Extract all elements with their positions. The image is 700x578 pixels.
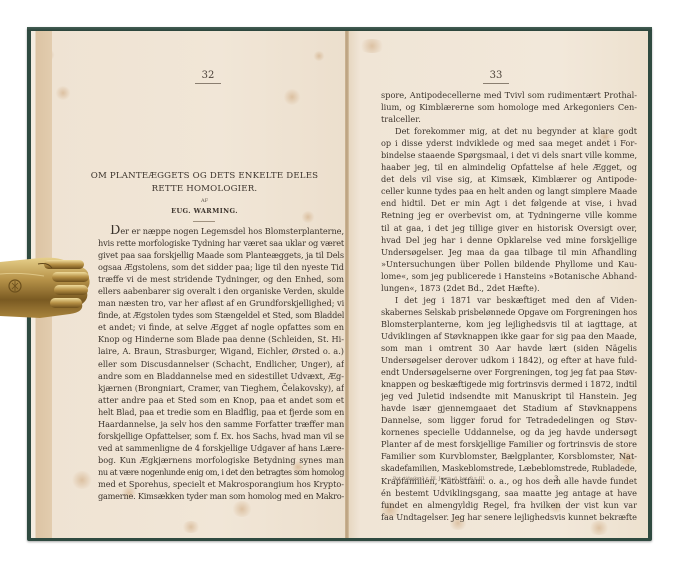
text-line: andre som en Bladdannelse med en sidesti… xyxy=(98,370,344,382)
text-line: med et Sporehus, specielt et Makrosporan… xyxy=(98,478,344,490)
text-line: eller som Discusdannelser (Schacht, Endl… xyxy=(98,358,344,370)
page-number-rule xyxy=(195,83,221,84)
text-line: havde især gjennemgaaet det Stadium af S… xyxy=(381,402,637,414)
text-line: Planter af de mest forskjellige Familier… xyxy=(381,438,637,450)
text-line: ved at sammenligne de 4 forskjellige Udg… xyxy=(98,442,344,454)
brass-hand-page-holder-icon xyxy=(0,252,92,322)
text-line: celler kunne tydes paa en helt anden og … xyxy=(381,185,637,197)
text-line: Retning jeg er overbevist om, at Tydning… xyxy=(381,209,637,221)
text-line: lungen«, 1873 (2det Bd., 2det Hæfte). xyxy=(381,282,637,294)
text-line: helt Blad, paa et tredie som en Bladflig… xyxy=(98,406,344,418)
left-page-body: Der er næppe nogen Legemsdel hos Blomste… xyxy=(98,225,344,502)
text-line: »Untersuchungen über Pollen bildende Phy… xyxy=(381,258,637,270)
text-line: nu at være nogenlunde enig om, i det den… xyxy=(98,466,344,478)
sheet-number: 3 xyxy=(554,475,558,483)
right-page-number: 33 xyxy=(476,70,516,81)
text-line: til at gaa, i det jeg tillige giver en h… xyxy=(381,222,637,234)
text-line: end hidtil. Det er min Agt i det følgend… xyxy=(381,197,637,209)
text-line: én bestemt Udviklingsgang, saa maatte je… xyxy=(381,487,637,499)
text-line: man næsten tro, var her afløst af en Gru… xyxy=(98,297,344,309)
text-line: fundet en almengyldig Regel, fra hvilken… xyxy=(381,499,637,511)
text-line: lome«, som jeg publicerede i Hansteins »… xyxy=(381,270,637,282)
drop-cap: D xyxy=(110,225,120,237)
book-gutter xyxy=(345,31,349,538)
text-line: Der er næppe nogen Legemsdel hos Blomste… xyxy=(98,225,344,237)
article-author: EUG. WARMING. xyxy=(62,207,347,215)
text-line: spore, Antipodecellerne med Tvivl som ru… xyxy=(381,89,637,101)
text-line: som man i omtrent 30 Aar havde lært (sid… xyxy=(381,342,637,354)
text-line: træffe vi de mest stridende Tydninger, o… xyxy=(98,273,344,285)
text-line: Knop og Hinderne som Blade paa denne (Sc… xyxy=(98,333,344,345)
text-line: bindelse staaende Spørgsmaal, i det vi d… xyxy=(381,149,637,161)
text-line: jeg ved Juletid indsendte mit Manuskript… xyxy=(381,390,637,402)
text-line: Familier som Kurvblomster, Bælgplanter, … xyxy=(381,450,637,462)
sheet-signature: Bot. tidsskr. 3 r. III. Journ. d. bot. 3… xyxy=(393,477,486,482)
text-line: kornenes specielle Uddannelse, og da jeg… xyxy=(381,426,637,438)
text-line: givet paa saa forskjellig Maade som Plan… xyxy=(98,249,344,261)
text-line: forskjellige Opfattelser, som f. Ex. hos… xyxy=(98,430,344,442)
text-line: knappen og beskæftigede mig fortrinsvis … xyxy=(381,378,637,390)
article-by: AF xyxy=(62,198,347,204)
article-title-line-2: RETTE HOMOLOGIER. xyxy=(62,183,347,196)
text-line: Undersøgelser. Jeg maa da gaa tilbage ti… xyxy=(381,246,637,258)
text-line: hvad Del jeg har i denne Opklarelse ved … xyxy=(381,234,637,246)
text-line: bog. Kun Ægkjærnens morfologiske Betydni… xyxy=(98,454,344,466)
text-line: Undersøgelser derover udkom i 1842), og … xyxy=(381,354,637,366)
text-line: hvis rette morfologiske Tydning har være… xyxy=(98,237,344,249)
text-line: faa Undtagelser. Jeg har senere lejlighe… xyxy=(381,511,637,523)
text-line: skabernes Selskab prisbelønnede Opgave o… xyxy=(381,306,637,318)
text-line: Udviklingen af Støvknappen ikke gaar for… xyxy=(381,330,637,342)
text-line: haaber jeg, til en almindelig Opfattelse… xyxy=(381,161,637,173)
text-line: Haardannelse, ja selv hos den samme Forf… xyxy=(98,418,344,430)
text-line: Blomsterplanterne, kom jeg lejlighedsvis… xyxy=(381,318,637,330)
left-page-number: 32 xyxy=(188,70,228,81)
text-line: finde, at Ægstolen tydes som Stængeldel … xyxy=(98,309,344,321)
text-line: kjærnen (Brongniart, Cramer, van Tieghem… xyxy=(98,382,344,394)
text-line: I det jeg i 1871 var beskæftiget med den… xyxy=(381,294,637,306)
text-line: tralceller. xyxy=(381,113,637,125)
text-line: ellers aabenbarer sig overalt i den orga… xyxy=(98,285,344,297)
text-line: laire, A. Braun, Strasburger, Wigand, Ei… xyxy=(98,345,344,357)
text-line: endt Undersøgelserne over Forgreningen, … xyxy=(381,366,637,378)
text-line: Dannelse, som ligger forud for Tetradede… xyxy=(381,414,637,426)
text-line: gamerne. Kimsækken tyder man som homolog… xyxy=(98,490,344,502)
right-page-body: spore, Antipodecellerne med Tvivl som ru… xyxy=(381,89,637,523)
text-line: Det forekommer mig, at det nu begynder a… xyxy=(381,125,637,137)
text-line: ogsaa Ægstolens, som det sidder paa; lig… xyxy=(98,261,344,273)
text-line: det dels vil vise sig, at Kimsæk, Kimblæ… xyxy=(381,173,637,185)
text-line: atter andre paa et Sted som en Knop, paa… xyxy=(98,394,344,406)
author-rule xyxy=(193,221,215,222)
text-line: et andet; vi finde, at selve Ægget af no… xyxy=(98,321,344,333)
text-line: lium, og Kimblærerne som homologe med Ar… xyxy=(381,101,637,113)
page-number-rule xyxy=(483,83,509,84)
text-line: skadefamilien, Maskeblomstrede, Læbeblom… xyxy=(381,462,637,474)
text-line: op i disse yderst indviklede og med saa … xyxy=(381,137,637,149)
article-title-line-1: OM PLANTEÆGGETS OG DETS ENKELTE DELES xyxy=(62,170,347,183)
